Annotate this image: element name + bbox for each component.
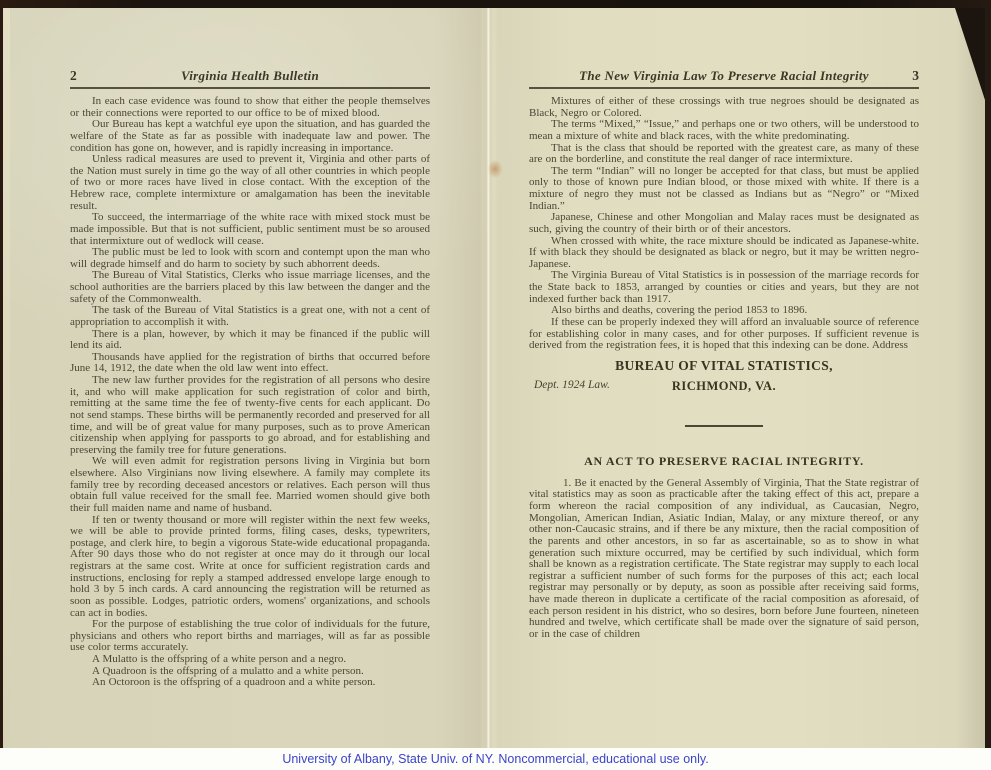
bureau-name-line: BUREAU OF VITAL STATISTICS, [529,358,919,374]
paragraph: 1. Be it enacted by the General Assembly… [529,478,919,641]
paragraph: Japanese, Chinese and other Mongolian an… [529,212,919,235]
paragraph: We will even admit for registration pers… [70,456,430,514]
paragraph: If these can be properly indexed they wi… [529,317,919,352]
right-page-header: The New Virginia Law To Preserve Racial … [529,68,919,89]
paragraph: The task of the Bureau of Vital Statisti… [70,305,430,328]
left-page-header: 2 Virginia Health Bulletin [70,68,430,89]
left-page-body: In each case evidence was found to show … [70,96,430,689]
paragraph: Mixtures of either of these crossings wi… [529,96,919,119]
paragraph: The Virginia Bureau of Vital Statistics … [529,270,919,305]
dept-law-label: Dept. 1924 Law. [534,379,610,391]
paragraph: A Mulatto is the offspring of a white pe… [70,654,430,666]
section-divider-rule [685,425,763,427]
paragraph: The public must be led to look with scor… [70,247,430,270]
left-page: 2 Virginia Health Bulletin In each case … [70,68,430,689]
paragraph: The Bureau of Vital Statistics, Clerks w… [70,270,430,305]
paragraph: There is a plan, however, by which it ma… [70,329,430,352]
scanned-document-photo: 2 Virginia Health Bulletin In each case … [0,0,991,748]
paragraph: Our Bureau has kept a watchful eye upon … [70,119,430,154]
right-page-number: 3 [885,68,919,84]
right-page-body: Mixtures of either of these crossings wi… [529,96,919,352]
archive-caption-bar: University of Albany, State Univ. of NY.… [0,748,991,770]
paragraph: An Octoroon is the offspring of a quadro… [70,677,430,689]
act-heading: AN ACT TO PRESERVE RACIAL INTEGRITY. [529,454,919,469]
paragraph: Unless radical measures are used to prev… [70,154,430,212]
paragraph: The new law further provides for the reg… [70,375,430,456]
right-page-header-title: The New Virginia Law To Preserve Racial … [563,68,885,84]
page-corner-shadow [955,8,985,100]
right-page: The New Virginia Law To Preserve Racial … [529,68,919,641]
paragraph: The term “Indian” will no longer be acce… [529,166,919,213]
open-book-paper: 2 Virginia Health Bulletin In each case … [3,8,985,748]
book-spine-crease [482,8,494,748]
paragraph: When crossed with white, the race mixtur… [529,236,919,271]
act-body: 1. Be it enacted by the General Assembly… [529,478,919,641]
paragraph: To succeed, the intermarriage of the whi… [70,212,430,247]
bureau-address-line: Dept. 1924 Law. RICHMOND, VA. [529,379,919,394]
left-page-number: 2 [70,68,104,84]
paragraph: In each case evidence was found to show … [70,96,430,119]
paragraph: Thousands have applied for the registrat… [70,352,430,375]
paragraph: If ten or twenty thousand or more will r… [70,515,430,620]
archive-caption-text: University of Albany, State Univ. of NY.… [282,752,708,766]
paragraph: For the purpose of establishing the true… [70,619,430,654]
paragraph: The terms “Mixed,” “Issue,” and perhaps … [529,119,919,142]
left-page-header-title: Virginia Health Bulletin [104,68,396,84]
paragraph: That is the class that should be reporte… [529,143,919,166]
page-edge-strip [3,8,10,748]
